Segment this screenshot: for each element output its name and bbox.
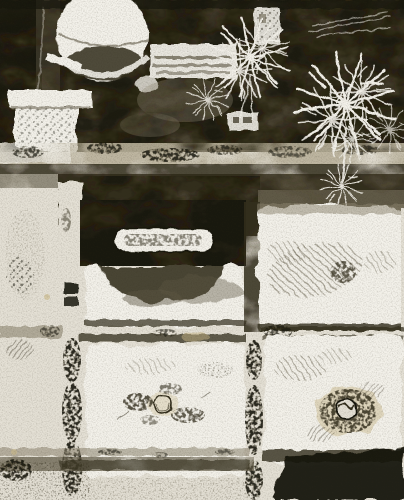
print-grain-overlay — [0, 0, 404, 500]
etching-artwork — [0, 0, 404, 500]
